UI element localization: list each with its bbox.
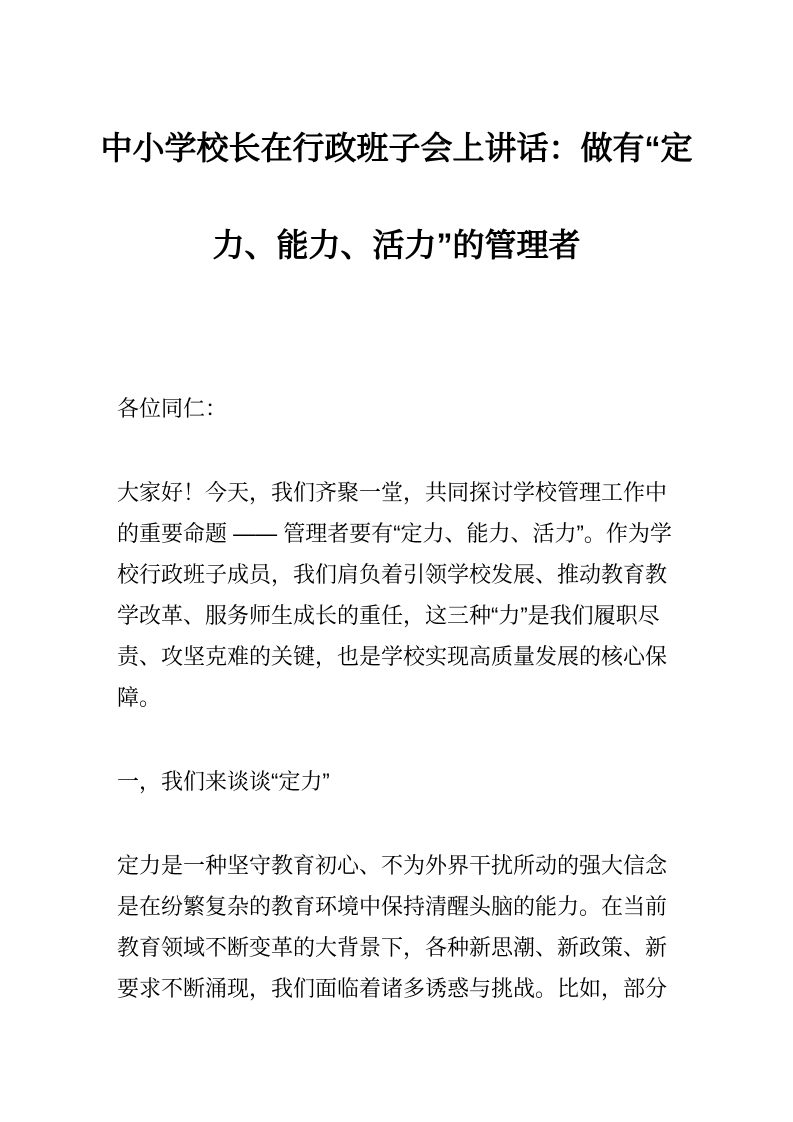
document-page: 中小学校长在行政班子会上讲话：做有“定 力、能力、活力”的管理者 各位同仁： 大… [0,0,793,1122]
section-paragraph: 定力是一种坚守教育初心、不为外界干扰所动的强大信念 是在纷繁复杂的教育环境中保持… [117,845,696,1009]
opening-paragraph: 大家好！今天，我们齐聚一堂，共同探讨学校管理工作中 的重要命题 —— 管理者要有… [117,472,696,718]
greeting-line: 各位同仁： [117,388,696,429]
document-title: 中小学校长在行政班子会上讲话：做有“定 力、能力、活力”的管理者 [77,100,716,294]
section-heading: 一，我们来谈谈“定力” [117,761,696,802]
